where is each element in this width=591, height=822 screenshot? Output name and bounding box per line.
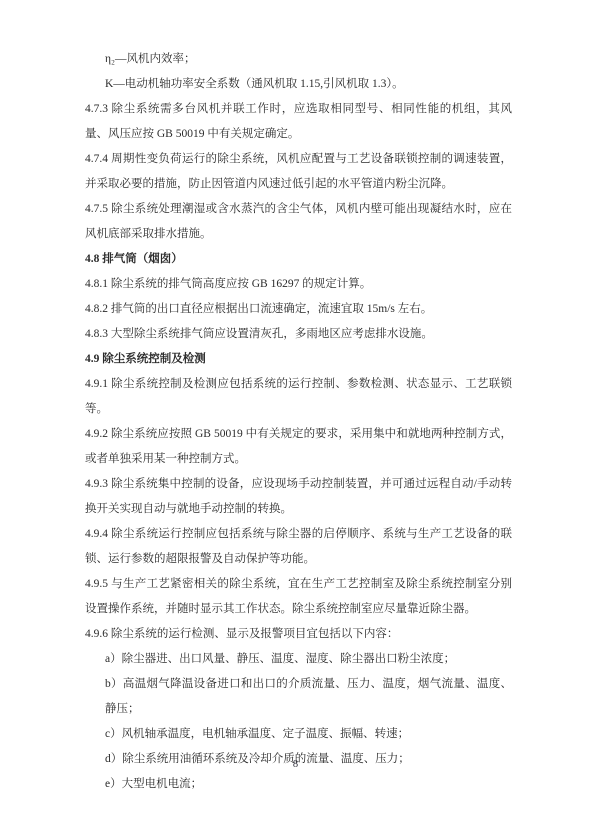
section-heading: 4.8 排气筒（烟囱） <box>85 247 512 272</box>
paragraph: 4.9.6 除尘系统的运行检测、显示及报警项目宜包括以下内容： <box>85 622 512 647</box>
list-item: b）高温烟气降温设备进口和出口的介质流量、压力、温度，烟气流量、温度、静压； <box>85 672 512 722</box>
paragraph: 4.7.3 除尘系统需多台风机并联工作时，应选取相同型号、相同性能的机组，其风量… <box>85 97 512 147</box>
paragraph: 4.9.2 除尘系统应按照 GB 50019 中有关规定的要求，采用集中和就地两… <box>85 422 512 472</box>
definition-line: η₂—风机内效率； <box>85 47 512 72</box>
paragraph: 4.8.1 除尘系统的排气筒高度应按 GB 16297 的规定计算。 <box>85 272 512 297</box>
list-item: c）风机轴承温度，电机轴承温度、定子温度、振幅、转速； <box>85 722 512 747</box>
paragraph: 4.8.2 排气筒的出口直径应根据出口流速确定，流速宜取 15m/s 左右。 <box>85 297 512 322</box>
document-body: η₂—风机内效率；K—电动机轴功率安全系数（通风机取 1.15,引风机取 1.3… <box>85 47 512 797</box>
list-item: a）除尘器进、出口风量、静压、温度、湿度、除尘器出口粉尘浓度； <box>85 647 512 672</box>
section-heading: 4.9 除尘系统控制及检测 <box>85 347 512 372</box>
paragraph: 4.9.4 除尘系统运行控制应包括系统与除尘器的启停顺序、系统与生产工艺设备的联… <box>85 522 512 572</box>
paragraph: 4.9.5 与生产工艺紧密相关的除尘系统，宜在生产工艺控制室及除尘系统控制室分别… <box>85 572 512 622</box>
document-page: η₂—风机内效率；K—电动机轴功率安全系数（通风机取 1.15,引风机取 1.3… <box>0 0 591 822</box>
paragraph: 4.9.3 除尘系统集中控制的设备，应设现场手动控制装置，并可通过远程自动/手动… <box>85 472 512 522</box>
paragraph: 4.7.4 周期性变负荷运行的除尘系统，风机应配置与工艺设备联锁控制的调速装置，… <box>85 147 512 197</box>
page-number: 8 <box>0 759 591 770</box>
paragraph: 4.9.1 除尘系统控制及检测应包括系统的运行控制、参数检测、状态显示、工艺联锁… <box>85 372 512 422</box>
paragraph: 4.8.3 大型除尘系统排气筒应设置清灰孔，多雨地区应考虑排水设施。 <box>85 322 512 347</box>
definition-line: K—电动机轴功率安全系数（通风机取 1.15,引风机取 1.3）。 <box>85 72 512 97</box>
paragraph: 4.7.5 除尘系统处理潮湿或含水蒸汽的含尘气体，风机内壁可能出现凝结水时，应在… <box>85 197 512 247</box>
list-item: e）大型电机电流； <box>85 772 512 797</box>
